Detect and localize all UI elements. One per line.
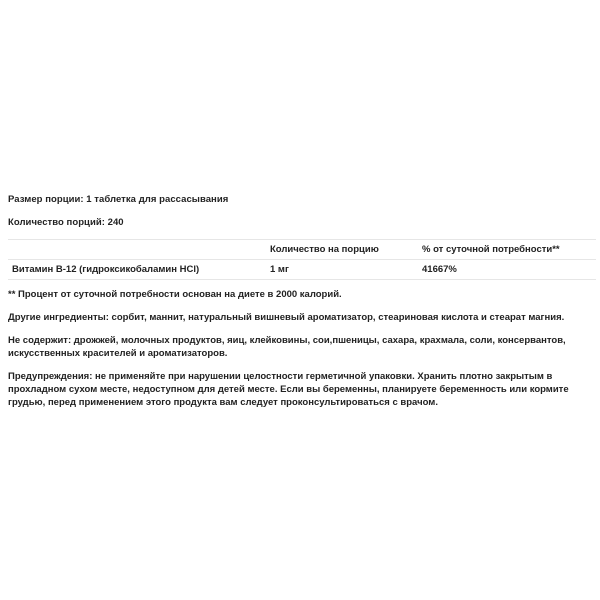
warnings: Предупреждения: не применяйте при наруше…: [8, 370, 596, 409]
header-amount: Количество на порцию: [266, 240, 418, 260]
nutrient-amount: 1 мг: [266, 260, 418, 280]
header-daily-value: % от суточной потребности**: [418, 240, 596, 260]
nutrient-name: Витамин B-12 (гидроксикобаламин HCl): [8, 260, 266, 280]
nutrition-table: Количество на порцию % от суточной потре…: [8, 239, 596, 280]
other-ingredients: Другие ингредиенты: сорбит, маннит, нату…: [8, 311, 596, 324]
nutrient-daily-value: 41667%: [418, 260, 596, 280]
free-of: Не содержит: дрожжей, молочных продуктов…: [8, 334, 596, 360]
servings-per-container: Количество порций: 240: [8, 216, 596, 229]
table-header-row: Количество на порцию % от суточной потре…: [8, 240, 596, 260]
header-name: [8, 240, 266, 260]
footnote: ** Процент от суточной потребности основ…: [8, 288, 596, 301]
table-row: Витамин B-12 (гидроксикобаламин HCl) 1 м…: [8, 260, 596, 280]
supplement-facts: Размер порции: 1 таблетка для рассасыван…: [8, 193, 596, 419]
serving-size: Размер порции: 1 таблетка для рассасыван…: [8, 193, 596, 206]
